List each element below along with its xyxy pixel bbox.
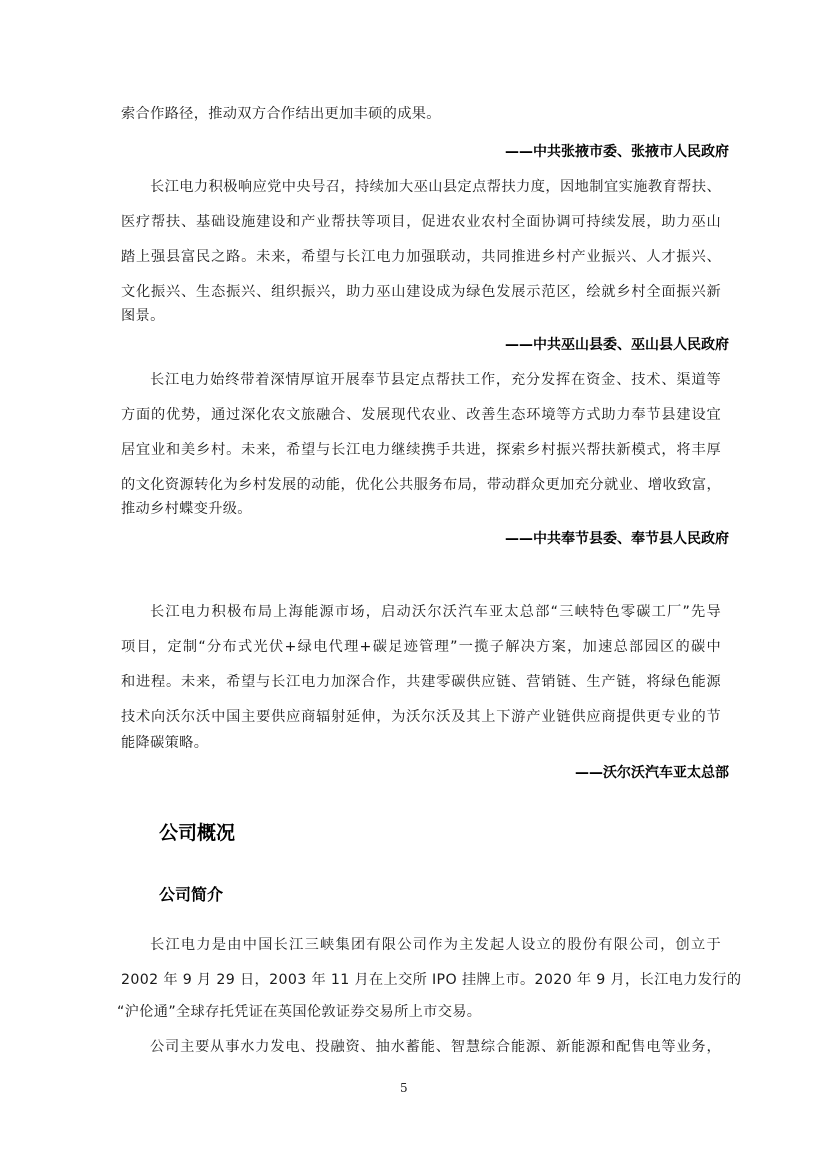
paragraph-line: 长江电力积极布局上海能源市场，启动沃尔沃汽车亚太总部“三峡特色零碳工厂”先导 bbox=[150, 602, 721, 622]
subsection-heading: 公司简介 bbox=[159, 882, 223, 905]
paragraph-line: 和进程。未来，希望与长江电力加深合作，共建零碳供应链、营销链、生产链，将绿色能源 bbox=[121, 672, 721, 692]
paragraph-line: 长江电力始终带着深情厚谊开展奉节县定点帮扶工作，充分发挥在资金、技术、渠道等 bbox=[150, 370, 721, 390]
paragraph-line: 2002 年 9 月 29 日，2003 年 11 月在上交所 IPO 挂牌上市… bbox=[121, 970, 721, 990]
paragraph-line: 推动乡村蝶变升级。 bbox=[121, 499, 721, 519]
paragraph-line: 居宜业和美乡村。未来，希望与长江电力继续携手共进，探索乡村振兴帮扶新模式，将丰厚 bbox=[121, 440, 721, 460]
paragraph-line: 长江电力积极响应党中央号召，持续加大巫山县定点帮扶力度，因地制宜实施教育帮扶、 bbox=[150, 177, 721, 197]
page-number: 5 bbox=[400, 1081, 408, 1095]
paragraph-line: 踏上强县富民之路。未来，希望与长江电力加强联动，共同推进乡村产业振兴、人才振兴、 bbox=[121, 247, 721, 267]
paragraph-line: 长江电力是由中国长江三峡集团有限公司作为主发起人设立的股份有限公司，创立于 bbox=[150, 935, 721, 955]
paragraph-line: 项目，定制“分布式光伏+绿电代理+碳足迹管理”一揽子解决方案，加速总部园区的碳中 bbox=[121, 637, 721, 657]
paragraph-line: 医疗帮扶、基础设施建设和产业帮扶等项目，促进农业农村全面协调可持续发展，助力巫山 bbox=[121, 212, 721, 232]
paragraph-line: 能降碳策略。 bbox=[121, 733, 721, 753]
paragraph-line: 的文化资源转化为乡村发展的动能，优化公共服务布局，带动群众更加充分就业、增收致富… bbox=[121, 475, 721, 495]
testimonial-signature: ——沃尔沃汽车亚太总部 bbox=[575, 763, 729, 783]
testimonial-signature: ——中共张掖市委、张掖市人民政府 bbox=[505, 142, 729, 162]
paragraph-line: 技术向沃尔沃中国主要供应商辐射延伸，为沃尔沃及其上下游产业链供应商提供更专业的节 bbox=[121, 707, 721, 727]
paragraph-line: 索合作路径，推动双方合作结出更加丰硕的成果。 bbox=[121, 104, 721, 124]
paragraph-line: 公司主要从事水力发电、投融资、抽水蓄能、智慧综合能源、新能源和配售电等业务， bbox=[150, 1037, 721, 1057]
testimonial-signature: ——中共奉节县委、奉节县人民政府 bbox=[505, 529, 729, 549]
paragraph-line: “沪伦通”全球存托凭证在英国伦敦证券交易所上市交易。 bbox=[117, 1002, 717, 1022]
section-heading: 公司概况 bbox=[159, 818, 235, 845]
paragraph-line: 方面的优势，通过深化农文旅融合、发展现代农业、改善生态环境等方式助力奉节县建设宜 bbox=[121, 405, 721, 425]
testimonial-signature: ——中共巫山县委、巫山县人民政府 bbox=[505, 335, 729, 355]
paragraph-line: 图景。 bbox=[121, 306, 721, 326]
paragraph-line: 文化振兴、生态振兴、组织振兴，助力巫山建设成为绿色发展示范区，绘就乡村全面振兴新 bbox=[121, 282, 721, 302]
